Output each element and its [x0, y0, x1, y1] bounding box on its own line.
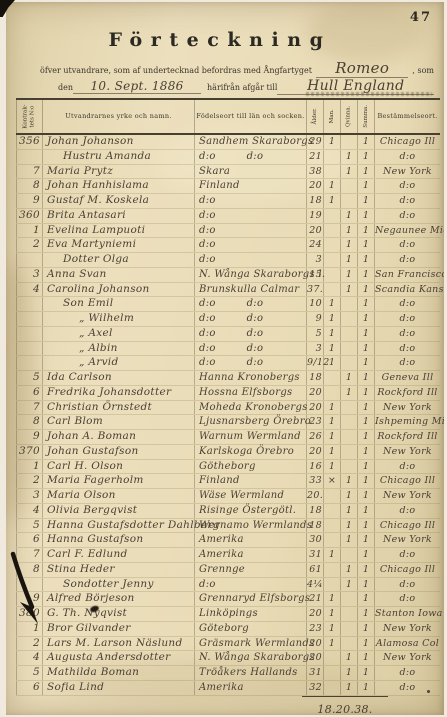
cell-age: 31: [306, 666, 323, 680]
table-row: 356 Johan Johanson Sandhem Skaraborgs 29…: [16, 135, 440, 150]
cell-female-mark: 1: [340, 489, 357, 503]
cell-age: 61: [306, 563, 323, 577]
cell-destination: d:o: [374, 194, 440, 208]
cell-destination: Geneva Ill: [374, 371, 440, 385]
cell-male-mark: 1: [323, 342, 340, 356]
cell-age: 20: [306, 224, 323, 238]
cell-male-mark: [323, 651, 340, 665]
table-row: 1 Carl H. Olson Götheborg 16 1 1 d:o: [16, 460, 440, 475]
table-row: 360 Brita Antasari d:o 19 1 1 d:o: [16, 209, 440, 224]
cell-destination: Chicago Ill: [374, 474, 440, 488]
cell-contract-no: 6: [16, 533, 42, 547]
cell-destination: d:o: [374, 504, 440, 518]
cell-sum-mark: 1: [357, 474, 374, 488]
cell-female-mark: [340, 135, 357, 149]
cell-contract-no: 9: [16, 430, 42, 444]
cell-age: 26: [306, 430, 323, 444]
cell-birthplace: d:o: [194, 578, 306, 592]
cell-male-mark: [323, 504, 340, 518]
cell-female-mark: 1: [340, 563, 357, 577]
cell-destination: d:o: [374, 356, 440, 370]
cell-male-mark: 1: [323, 430, 340, 444]
cell-name: Johan Johanson: [42, 135, 194, 149]
cell-name: „ Axel: [42, 327, 194, 341]
cell-destination: d:o: [374, 297, 440, 311]
cell-male-mark: [323, 681, 340, 695]
cell-destination: d:o: [374, 460, 440, 474]
cell-age: 20: [306, 179, 323, 193]
cell-sum-mark: 1: [357, 592, 374, 606]
cell-birthplace: Skara: [194, 165, 306, 179]
table-row: „ Arvid d:o d:o 9/12 1 1 d:o: [16, 356, 440, 371]
cell-sum-mark: 1: [357, 445, 374, 459]
cell-name: Eva Martyniemi: [42, 238, 194, 252]
cell-destination: Chicago Ill: [374, 135, 440, 149]
cell-sum-mark: 1: [357, 327, 374, 341]
cell-age: 18: [306, 194, 323, 208]
cell-contract-no: 8: [16, 179, 42, 193]
cell-contract-no: 7: [16, 165, 42, 179]
cell-name: Dotter Olga: [42, 253, 194, 267]
cell-birthplace: Ljusnarsberg Örebro: [194, 415, 306, 429]
cell-sum-mark: 1: [357, 371, 374, 385]
cell-destination: New York: [374, 533, 440, 547]
cell-sum-mark: 1: [357, 401, 374, 415]
cell-destination: d:o: [374, 209, 440, 223]
printed-text-den: den: [58, 83, 73, 92]
cell-female-mark: 1: [340, 386, 357, 400]
cell-contract-no: 3: [16, 489, 42, 503]
cell-male-mark: 1: [323, 179, 340, 193]
table-row: 380 G. Th. Nyqvist Linköpings 20 1 1 Sta…: [16, 607, 440, 622]
cell-name: Ida Carlson: [42, 371, 194, 385]
cell-destination: d:o: [374, 578, 440, 592]
cell-age: 20: [306, 651, 323, 665]
cell-female-mark: [340, 460, 357, 474]
cell-contract-no: 370: [16, 445, 42, 459]
cell-male-mark: [323, 533, 340, 547]
table-row: 8 Carl Blom Ljusnarsberg Örebro 23 1 1 I…: [16, 415, 440, 430]
cell-name: „ Arvid: [42, 356, 194, 370]
cell-sum-mark: 1: [357, 386, 374, 400]
cell-contract-no: 360: [16, 209, 42, 223]
cell-sum-mark: 1: [357, 519, 374, 533]
cell-sum-mark: 1: [357, 430, 374, 444]
cell-birthplace: Göteborg: [194, 622, 306, 636]
table-row: Sondotter Jenny d:o 4¼ 1 1 d:o: [16, 578, 440, 593]
printed-text-som: , som: [412, 66, 434, 75]
page-number: 47: [410, 10, 432, 25]
cell-contract-no: 4: [16, 504, 42, 518]
cell-male-mark: [323, 253, 340, 267]
cell-name: Johan Gustafson: [42, 445, 194, 459]
cell-age: 3: [306, 342, 323, 356]
cell-sum-mark: 1: [357, 356, 374, 370]
cell-sum-mark: 1: [357, 460, 374, 474]
cell-name: Maria Olson: [42, 489, 194, 503]
cell-female-mark: 1: [340, 519, 357, 533]
cell-birthplace: N. Wånga Skaraborgs l.: [194, 268, 306, 282]
cell-birthplace: Tröåkers Hallands: [194, 666, 306, 680]
cell-destination: d:o: [374, 342, 440, 356]
cell-male-mark: [323, 578, 340, 592]
cell-female-mark: [340, 312, 357, 326]
page-title: Förteckning: [6, 29, 434, 51]
cell-male-mark: [323, 489, 340, 503]
cell-sum-mark: 1: [357, 312, 374, 326]
cell-sum-mark: 1: [357, 415, 374, 429]
table-row: 7 Maria Prytz Skara 38 1 1 New York: [16, 165, 440, 180]
cell-female-mark: 1: [340, 224, 357, 238]
cell-sum-mark: 1: [357, 150, 374, 164]
cell-destination: d:o: [374, 238, 440, 252]
cell-age: 15: [306, 268, 323, 282]
cell-age: 20: [306, 445, 323, 459]
table-row: 370 Johan Gustafson Karlskoga Örebro 20 …: [16, 445, 440, 460]
cell-sum-mark: 1: [357, 607, 374, 621]
cell-destination: San Francisco Cal: [374, 268, 444, 282]
cell-female-mark: 1: [340, 504, 357, 518]
cell-sum-mark: 1: [357, 563, 374, 577]
cell-name: Evelina Lampuoti: [42, 224, 194, 238]
cell-female-mark: 1: [340, 681, 357, 695]
table-row: 6 Hanna Gustafson Amerika 30 1 1 New Yor…: [16, 533, 440, 548]
cell-sum-mark: 1: [357, 179, 374, 193]
cell-sum-mark: 1: [357, 238, 374, 252]
cell-sum-mark: 1: [357, 651, 374, 665]
cell-male-mark: [323, 283, 340, 297]
cell-birthplace: d:o d:o: [194, 342, 306, 356]
table-row: 8 Stina Heder Grennge 61 1 1 Chicago Ill: [16, 563, 440, 578]
cell-destination: Negaunee Mich: [374, 224, 444, 238]
cell-male-mark: 1: [323, 548, 340, 562]
cell-contract-no: 2: [16, 238, 42, 252]
cell-age: 20.: [306, 489, 323, 503]
cell-age: 19: [306, 209, 323, 223]
cell-name: Fredrika Johansdotter: [42, 386, 194, 400]
cell-birthplace: d:o d:o: [194, 297, 306, 311]
cell-male-mark: [323, 150, 340, 164]
cell-name: Sofia Lind: [42, 681, 194, 695]
cell-contract-no: [16, 150, 42, 164]
table-row: 4 Carolina Johanson Brunskulla Calmar 37…: [16, 283, 440, 298]
cell-name: Carolina Johanson: [42, 283, 194, 297]
table-row: 7 Christian Örnstedt Moheda Kronobergs 2…: [16, 401, 440, 416]
cell-destination: New York: [374, 401, 440, 415]
cell-birthplace: Risinge Östergötl.: [194, 504, 306, 518]
table-row: „ Albin d:o d:o 3 1 1 d:o: [16, 342, 440, 357]
cell-name: „ Wilhelm: [42, 312, 194, 326]
cell-destination: d:o: [374, 179, 440, 193]
cell-destination: Scandia Kans.: [374, 283, 444, 297]
cell-female-mark: 1: [340, 283, 357, 297]
printer-imprint: [306, 92, 432, 96]
table-row: Hustru Amanda d:o d:o 21 1 1 d:o: [16, 150, 440, 165]
cell-birthplace: d:o d:o: [194, 312, 306, 326]
cell-female-mark: 1: [340, 651, 357, 665]
cell-birthplace: Grennaryd Elfsborgs: [194, 592, 306, 606]
table-row: „ Axel d:o d:o 5 1 1 d:o: [16, 327, 440, 342]
cell-male-mark: 1: [323, 637, 340, 651]
cell-male-mark: 1: [323, 327, 340, 341]
cell-female-mark: [340, 592, 357, 606]
cell-birthplace: d:o d:o: [194, 356, 306, 370]
cell-female-mark: [340, 342, 357, 356]
cell-sum-mark: 1: [357, 283, 374, 297]
cell-female-mark: 1: [340, 238, 357, 252]
cell-male-mark: 1: [323, 592, 340, 606]
table-row: 3 Maria Olson Wäse Wermland 20. 1 1 New …: [16, 489, 440, 504]
cell-birthplace: N. Wånga Skaraborgs: [194, 651, 306, 665]
cell-birthplace: Amerika: [194, 533, 306, 547]
form-line-vessel: öfver utvandrare, som af undertecknad be…: [6, 59, 444, 78]
cell-destination: d:o: [374, 312, 440, 326]
column-header-female: Qvinna.: [340, 100, 357, 133]
cell-birthplace: d:o: [194, 224, 306, 238]
cell-name: Son Emil: [42, 297, 194, 311]
cell-female-mark: [340, 637, 357, 651]
cell-contract-no: 356: [16, 135, 42, 149]
cell-sum-mark: 1: [357, 297, 374, 311]
cell-age: 32: [306, 681, 323, 695]
cell-destination: d:o: [374, 327, 440, 341]
cell-age: 29: [306, 135, 323, 149]
table-row: 4 Olivia Bergqvist Risinge Östergötl. 18…: [16, 504, 440, 519]
cell-destination: d:o: [374, 548, 440, 562]
cell-male-mark: 1: [323, 415, 340, 429]
cell-name: Carl Blom: [42, 415, 194, 429]
cell-destination: Rockford Ill: [374, 386, 440, 400]
table-row: 2 Eva Martyniemi d:o 24 1 1 d:o: [16, 238, 440, 253]
cell-female-mark: [340, 548, 357, 562]
cell-sum-mark: 1: [357, 268, 374, 282]
cell-female-mark: [340, 401, 357, 415]
cell-name: Hanna Gustafson: [42, 533, 194, 547]
cell-name: Mathilda Boman: [42, 666, 194, 680]
cell-birthplace: d:o: [194, 253, 306, 267]
cell-contract-no: 1: [16, 224, 42, 238]
cell-contract-no: 7: [16, 401, 42, 415]
cell-age: 30: [306, 533, 323, 547]
cell-male-mark: 1: [323, 312, 340, 326]
cell-male-mark: [323, 371, 340, 385]
cell-destination: Chicago Ill: [374, 519, 440, 533]
cell-contract-no: 5: [16, 519, 42, 533]
table-row: 7 Carl F. Edlund Amerika 31 1 1 d:o: [16, 548, 440, 563]
cell-contract-no: 9: [16, 194, 42, 208]
cell-female-mark: 1: [340, 150, 357, 164]
cell-male-mark: [323, 386, 340, 400]
cell-destination: d:o: [374, 150, 440, 164]
table-row: 9 Johan A. Boman Warnum Wermland 26 1 1 …: [16, 430, 440, 445]
cell-birthplace: Finland: [194, 474, 306, 488]
cell-age: 20: [306, 607, 323, 621]
cell-birthplace: Götheborg: [194, 460, 306, 474]
cell-name: Johan Hanhislama: [42, 179, 194, 193]
cell-birthplace: Amerika: [194, 548, 306, 562]
cell-name: Alfred Börjeson: [42, 592, 194, 606]
cell-name: Sondotter Jenny: [42, 578, 194, 592]
cell-birthplace: Sandhem Skaraborgs: [194, 135, 306, 149]
ink-dot: [427, 690, 430, 693]
cell-contract-no: 2: [16, 474, 42, 488]
cell-male-mark: 1: [323, 297, 340, 311]
cell-destination: Chicago Ill: [374, 563, 440, 577]
cell-age: 23: [306, 415, 323, 429]
cell-name: Carl H. Olson: [42, 460, 194, 474]
cell-age: 31: [306, 548, 323, 562]
cell-birthplace: Linköpings: [194, 607, 306, 621]
cell-name: Hustru Amanda: [42, 150, 194, 164]
cell-birthplace: Wernamo Wermlands: [194, 519, 306, 533]
cell-female-mark: 1: [340, 578, 357, 592]
cell-age: 9: [306, 312, 323, 326]
cell-sum-mark: 1: [357, 533, 374, 547]
table-row: 2 Lars M. Larson Näslund Gräsmark Wermla…: [16, 637, 440, 652]
cell-destination: Ishpeming Mich: [374, 415, 444, 429]
departure-date-handwritten: 10. Sept. 1886: [73, 79, 201, 94]
cell-birthplace: Karlskoga Örebro: [194, 445, 306, 459]
cell-female-mark: 1: [340, 253, 357, 267]
cell-age: 10: [306, 297, 323, 311]
cell-age: 18: [306, 519, 323, 533]
table-row: 9 Gustaf M. Koskela d:o 18 1 1 d:o: [16, 194, 440, 209]
column-header-contract-no: Kontrak- tets N:o: [16, 100, 42, 133]
cell-sum-mark: 1: [357, 548, 374, 562]
cell-contract-no: 6: [16, 681, 42, 695]
cell-sum-mark: 1: [357, 666, 374, 680]
table-row: 2 Maria Fagerholm Finland 33 × 1 1 Chica…: [16, 474, 440, 489]
cell-sum-mark: 1: [357, 622, 374, 636]
cell-female-mark: 1: [340, 165, 357, 179]
cell-contract-no: 4: [16, 651, 42, 665]
cell-birthplace: Brunskulla Calmar: [194, 283, 306, 297]
total-handwritten: 18.20.38.: [317, 703, 372, 716]
cell-destination: d:o: [374, 666, 440, 680]
cell-destination: Alamosa Col: [374, 637, 440, 651]
cell-birthplace: d:o d:o: [194, 327, 306, 341]
cell-age: 20: [306, 401, 323, 415]
table-body: 356 Johan Johanson Sandhem Skaraborgs 29…: [16, 135, 440, 696]
cell-sum-mark: 1: [357, 489, 374, 503]
cell-contract-no: 2: [16, 637, 42, 651]
cell-age: 20: [306, 386, 323, 400]
cell-destination: New York: [374, 622, 440, 636]
cell-male-mark: 1: [323, 135, 340, 149]
cell-destination: d:o: [374, 681, 440, 695]
cell-birthplace: Gräsmark Wermlands: [194, 637, 306, 651]
table-row: 5 Ida Carlson Hanna Kronobergs 18 1 1 Ge…: [16, 371, 440, 386]
cell-sum-mark: 1: [357, 209, 374, 223]
table-row: 6 Fredrika Johansdotter Hossna Elfsborgs…: [16, 386, 440, 401]
cell-name: Carl F. Edlund: [42, 548, 194, 562]
cell-sum-mark: 1: [357, 578, 374, 592]
cell-name: G. Th. Nyqvist: [42, 607, 194, 621]
cell-destination: New York: [374, 445, 440, 459]
vessel-name-handwritten: Romeo: [316, 59, 408, 78]
pen-arrow-mark: [7, 550, 49, 628]
cell-name: Anna Svan: [42, 268, 194, 282]
cell-name: Maria Prytz: [42, 165, 194, 179]
cell-female-mark: [340, 356, 357, 370]
cell-destination: d:o: [374, 253, 440, 267]
cell-contract-no: [16, 327, 42, 341]
cell-age: 4¼: [306, 578, 323, 592]
column-header-sum: Summa.: [357, 100, 374, 133]
cell-name: Bror Gilvander: [42, 622, 194, 636]
cell-sum-mark: 1: [357, 637, 374, 651]
table-row: 3 Anna Svan N. Wånga Skaraborgs l. 15 1 …: [16, 268, 440, 283]
cell-name: Gustaf M. Koskela: [42, 194, 194, 208]
cell-birthplace: d:o: [194, 209, 306, 223]
table-row: 6 Sofia Lind Amerika 32 1 1 d:o: [16, 681, 440, 696]
cell-age: 21: [306, 592, 323, 606]
cell-female-mark: [340, 622, 357, 636]
cell-sum-mark: 1: [357, 504, 374, 518]
cell-female-mark: [340, 179, 357, 193]
cell-female-mark: [340, 430, 357, 444]
cell-female-mark: [340, 415, 357, 429]
cell-birthplace: d:o: [194, 194, 306, 208]
table-row: 5 Mathilda Boman Tröåkers Hallands 31 1 …: [16, 666, 440, 681]
cell-sum-mark: 1: [357, 135, 374, 149]
cell-sum-mark: 1: [357, 681, 374, 695]
cell-male-mark: 1: [323, 356, 340, 370]
printed-text-departs-for: härifrån afgår till: [207, 83, 277, 92]
cell-male-mark: 1: [323, 445, 340, 459]
cell-age: 33: [306, 474, 323, 488]
cell-name: Maria Fagerholm: [42, 474, 194, 488]
cell-female-mark: 1: [340, 533, 357, 547]
cell-destination: Stanton Iowa: [374, 607, 443, 621]
cell-destination: d:o: [374, 592, 440, 606]
cell-female-mark: 1: [340, 209, 357, 223]
cell-birthplace: Grennge: [194, 563, 306, 577]
column-header-birthplace: Födelseort till län och socken.: [194, 100, 306, 133]
cell-age: 37.: [306, 283, 323, 297]
cell-age: 18: [306, 504, 323, 518]
table-row: 1 Evelina Lampuoti d:o 20 1 1 Negaunee M…: [16, 224, 440, 239]
table-row: 5 Hanna Gustafsdotter Dahlberg Wernamo W…: [16, 519, 440, 534]
cell-name: Christian Örnstedt: [42, 401, 194, 415]
cell-male-mark: ×: [323, 474, 340, 488]
cell-female-mark: [340, 327, 357, 341]
cell-birthplace: Moheda Kronobergs: [194, 401, 306, 415]
cell-age: 20: [306, 637, 323, 651]
cell-female-mark: [340, 297, 357, 311]
table-header-row: Kontrak- tets N:o Utvandrarnes yrke och …: [16, 98, 440, 135]
cell-male-mark: 1: [323, 607, 340, 621]
cell-female-mark: 1: [340, 371, 357, 385]
cell-male-mark: [323, 238, 340, 252]
table-row: 1 Bror Gilvander Göteborg 23 1 1 New Yor…: [16, 622, 440, 637]
cell-age: 21: [306, 150, 323, 164]
cell-age: 9/12: [306, 356, 323, 370]
cell-name: Johan A. Boman: [42, 430, 194, 444]
cell-name: Hanna Gustafsdotter Dahlberg: [42, 519, 194, 533]
cell-age: 24: [306, 238, 323, 252]
column-header-destination: Bestämmelseort.: [374, 100, 440, 133]
cell-sum-mark: 1: [357, 165, 374, 179]
cell-contract-no: [16, 253, 42, 267]
cell-contract-no: 3: [16, 268, 42, 282]
cell-birthplace: d:o: [194, 238, 306, 252]
cell-male-mark: [323, 268, 340, 282]
cell-birthplace: Finland: [194, 179, 306, 193]
cell-contract-no: 6: [16, 386, 42, 400]
cell-contract-no: 4: [16, 283, 42, 297]
cell-female-mark: 1: [340, 474, 357, 488]
